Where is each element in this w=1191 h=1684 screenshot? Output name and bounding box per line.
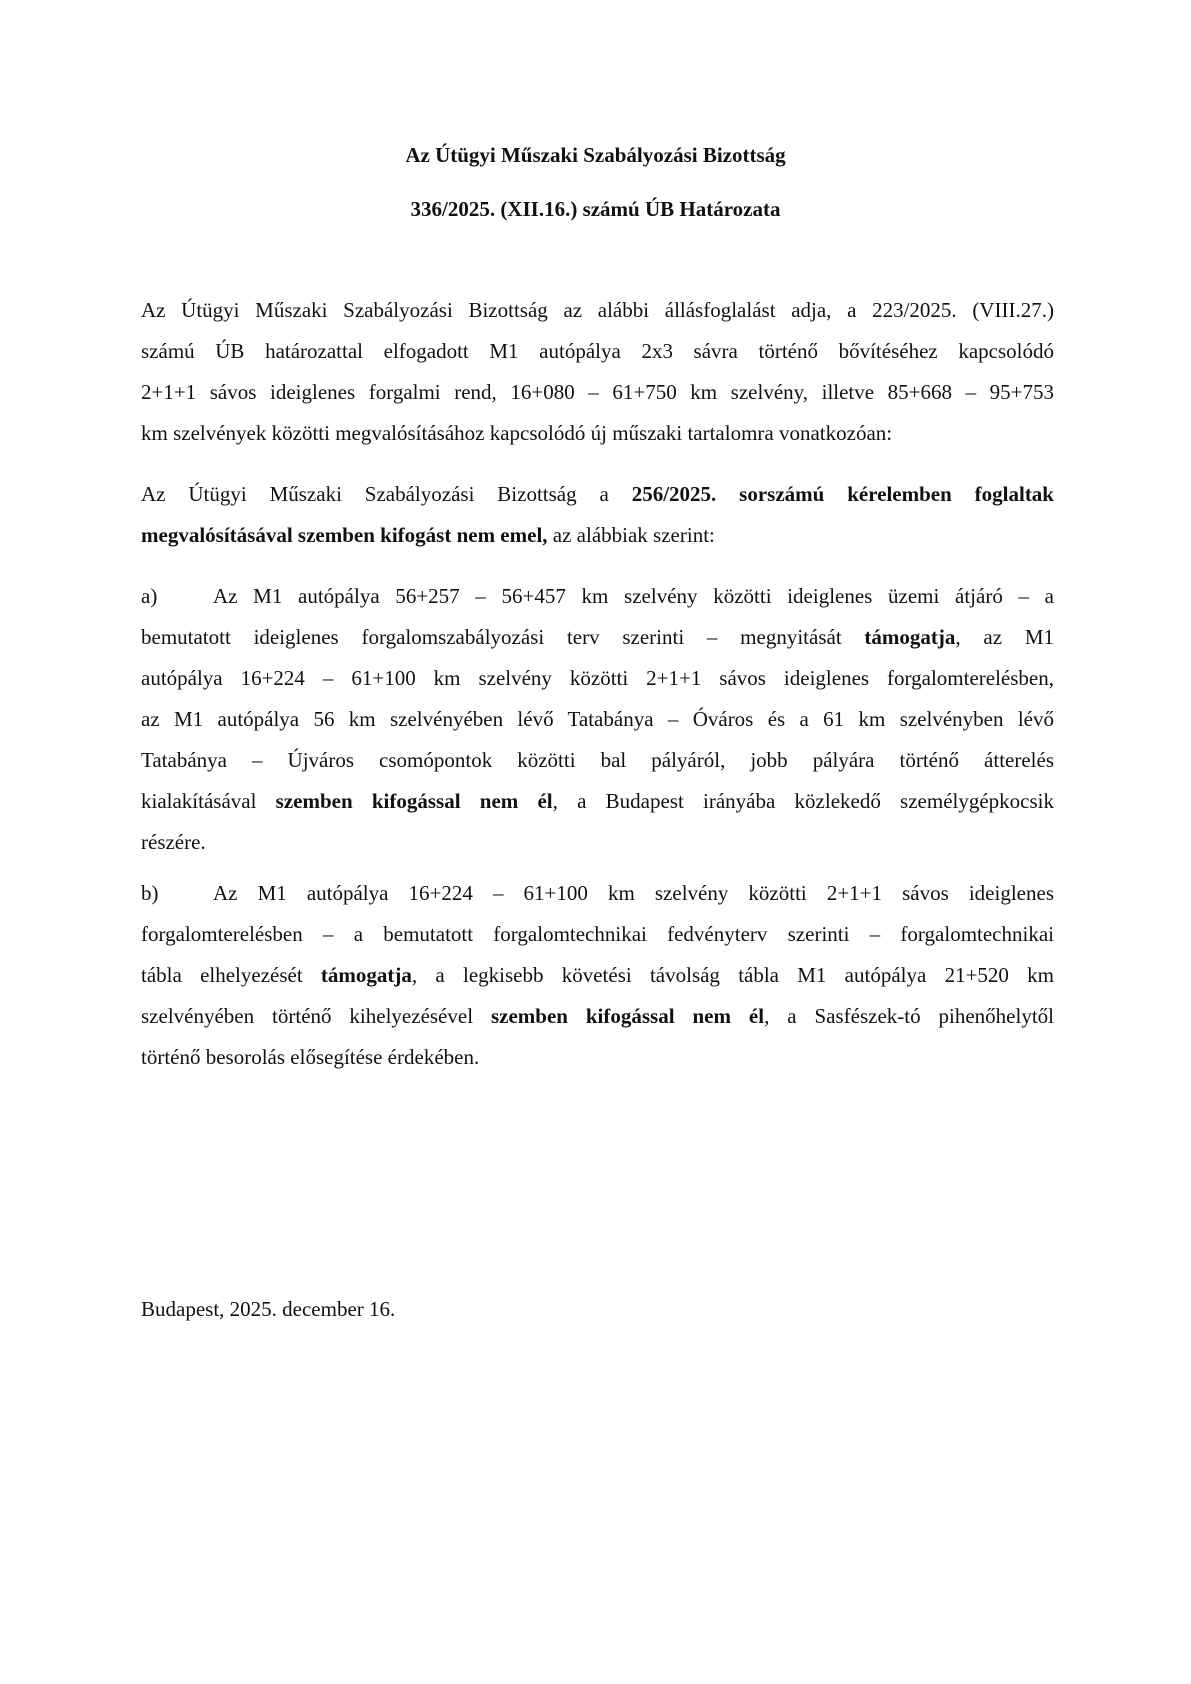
point-a-text: , az M1 [955,625,1054,649]
point-a-text: , a Budapest irányába közlekedő személyg… [553,789,1054,813]
decision-text: Az Útügyi Műszaki Szabályozási Bizottság… [141,482,632,506]
intro-line: Az Útügyi Műszaki Szabályozási Bizottság… [141,297,1054,338]
point-a-line: Tatabánya – Újváros csomópontok közötti … [141,747,1054,788]
decision-text: az alábbiak szerint: [548,523,715,547]
point-b-text: , a Sasfészek-tó pihenőhelytől [764,1004,1054,1028]
point-a-line: kialakításával szemben kifogással nem él… [141,788,1054,829]
document-page: Az Útügyi Műszaki Szabályozási Bizottság… [0,0,1191,1684]
point-b-line: történő besorolás elősegítése érdekében. [141,1044,1054,1085]
point-b-line: tábla elhelyezését támogatja, a legkiseb… [141,962,1054,1003]
no-objection-bold: szemben kifogással nem él [491,1004,764,1028]
intro-line: számú ÚB határozattal elfogadott M1 autó… [141,338,1054,379]
place-date-text: Budapest, 2025. december 16. [141,1296,1054,1337]
supports-bold: támogatja [321,963,412,987]
point-a-paragraph: a)Az M1 autópálya 56+257 – 56+457 km sze… [141,583,1054,870]
point-a-line: autópálya 16+224 – 61+100 km szelvény kö… [141,665,1054,706]
point-a-text: Az M1 autópálya 56+257 – 56+457 km szelv… [213,584,1054,608]
point-b-text: Az M1 autópálya 16+224 – 61+100 km szelv… [213,881,1054,905]
point-b-line: b)Az M1 autópálya 16+224 – 61+100 km sze… [141,880,1054,921]
point-a-line: az M1 autópálya 56 km szelvényében lévő … [141,706,1054,747]
request-number-bold: 256/2025. sorszámú kérelemben foglaltak [632,482,1054,506]
no-objection-bold: megvalósításával szemben kifogást nem em… [141,523,548,547]
point-b-marker: b) [141,880,213,906]
point-a-line: a)Az M1 autópálya 56+257 – 56+457 km sze… [141,583,1054,624]
intro-line: 2+1+1 sávos ideiglenes forgalmi rend, 16… [141,379,1054,420]
point-a-marker: a) [141,583,213,609]
document-title-committee: Az Útügyi Műszaki Szabályozási Bizottság [0,142,1191,168]
no-objection-bold: szemben kifogással nem él [276,789,553,813]
document-title-resolution-number: 336/2025. (XII.16.) számú ÚB Határozata [0,196,1191,222]
point-b-paragraph: b)Az M1 autópálya 16+224 – 61+100 km sze… [141,880,1054,1085]
supports-bold: támogatja [864,625,955,649]
decision-paragraph: Az Útügyi Műszaki Szabályozási Bizottság… [141,481,1054,563]
decision-line: megvalósításával szemben kifogást nem em… [141,522,1054,563]
point-a-line: bemutatott ideiglenes forgalomszabályozá… [141,624,1054,665]
point-a-line: részére. [141,829,1054,870]
point-a-text: bemutatott ideiglenes forgalomszabályozá… [141,625,864,649]
decision-line: Az Útügyi Műszaki Szabályozási Bizottság… [141,481,1054,522]
place-and-date: Budapest, 2025. december 16. [141,1296,1054,1337]
point-b-line: forgalomterelésben – a bemutatott forgal… [141,921,1054,962]
point-a-text: kialakításával [141,789,276,813]
point-b-text: szelvényében történő kihelyezésével [141,1004,491,1028]
point-b-line: szelvényében történő kihelyezésével szem… [141,1003,1054,1044]
point-b-text: tábla elhelyezését [141,963,321,987]
intro-paragraph: Az Útügyi Műszaki Szabályozási Bizottság… [141,297,1054,461]
point-b-text: , a legkisebb követési távolság tábla M1… [412,963,1054,987]
intro-line: km szelvények közötti megvalósításához k… [141,420,1054,461]
